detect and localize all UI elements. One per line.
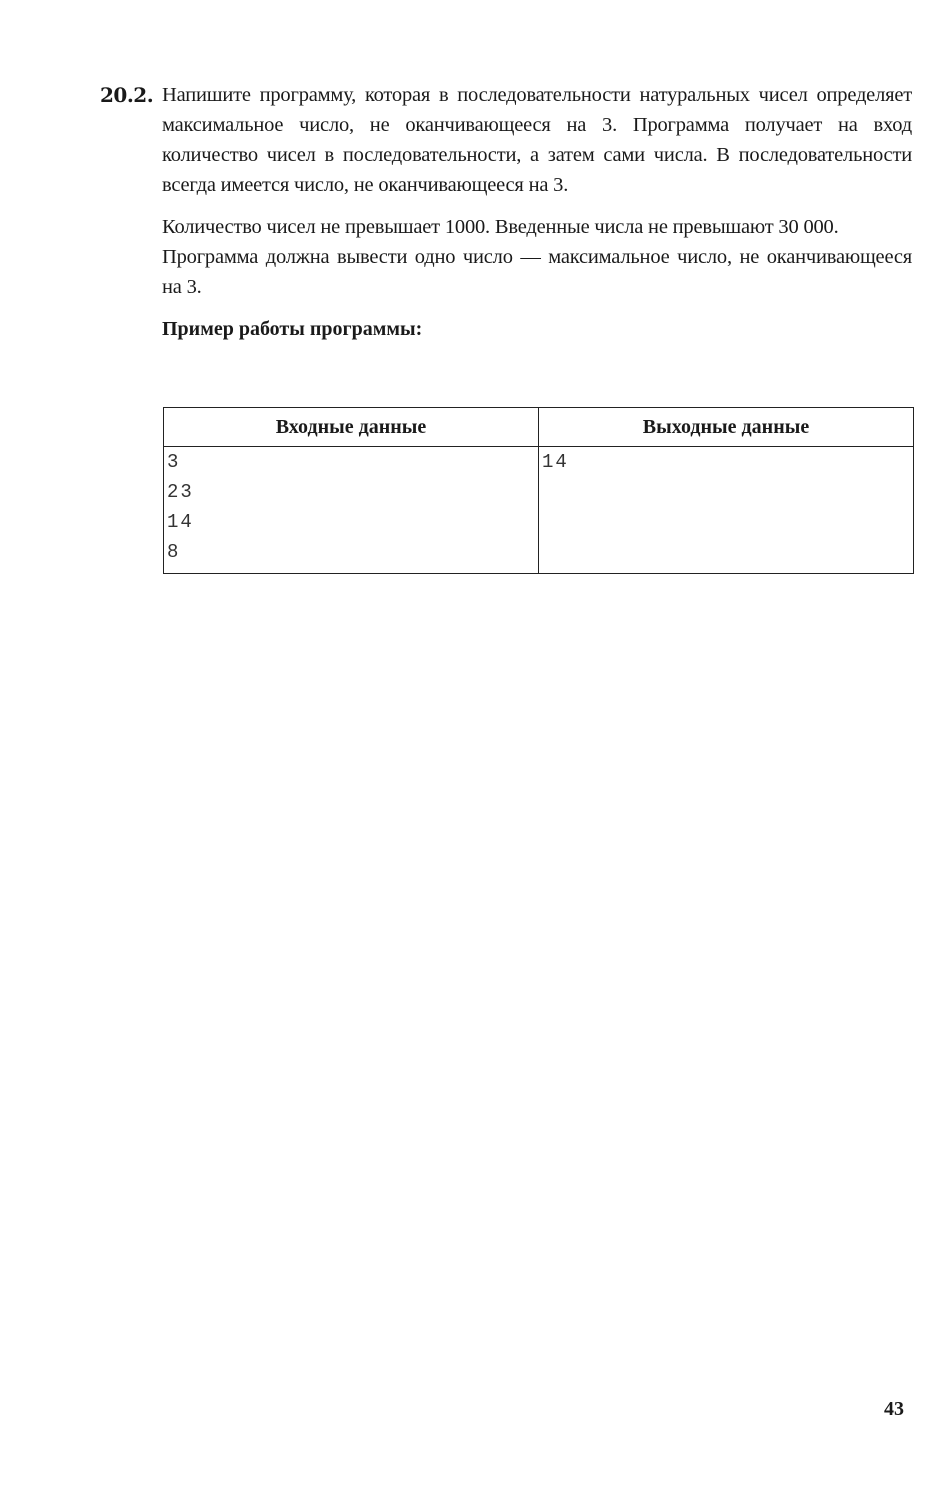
table-header-row: Входные данные Выходные данные: [164, 408, 914, 447]
input-data-cell: 3 23 14 8: [164, 447, 539, 574]
input-line: 3: [167, 447, 538, 477]
example-title: Пример работы программы:: [162, 314, 912, 344]
output-line: 14: [542, 447, 913, 477]
table-row: 3 23 14 8 14: [164, 447, 914, 574]
problem-statement: Напишите программу, которая в последоват…: [162, 80, 912, 200]
output-requirement-text: Программа должна вывести одно число — ма…: [162, 242, 912, 302]
constraints-text: Количество чисел не превышает 1000. Введ…: [162, 212, 912, 242]
input-line: 14: [167, 507, 538, 537]
input-line: 8: [167, 537, 538, 567]
page-number: 43: [884, 1398, 904, 1421]
output-data-cell: 14: [539, 447, 914, 574]
example-io-table: Входные данные Выходные данные 3 23 14 8…: [163, 407, 914, 574]
output-column-header: Выходные данные: [539, 408, 914, 447]
problem-20-2: 20.2. Напишите программу, которая в посл…: [100, 80, 912, 344]
input-column-header: Входные данные: [164, 408, 539, 447]
problem-number: 20.2.: [100, 80, 153, 110]
input-line: 23: [167, 477, 538, 507]
